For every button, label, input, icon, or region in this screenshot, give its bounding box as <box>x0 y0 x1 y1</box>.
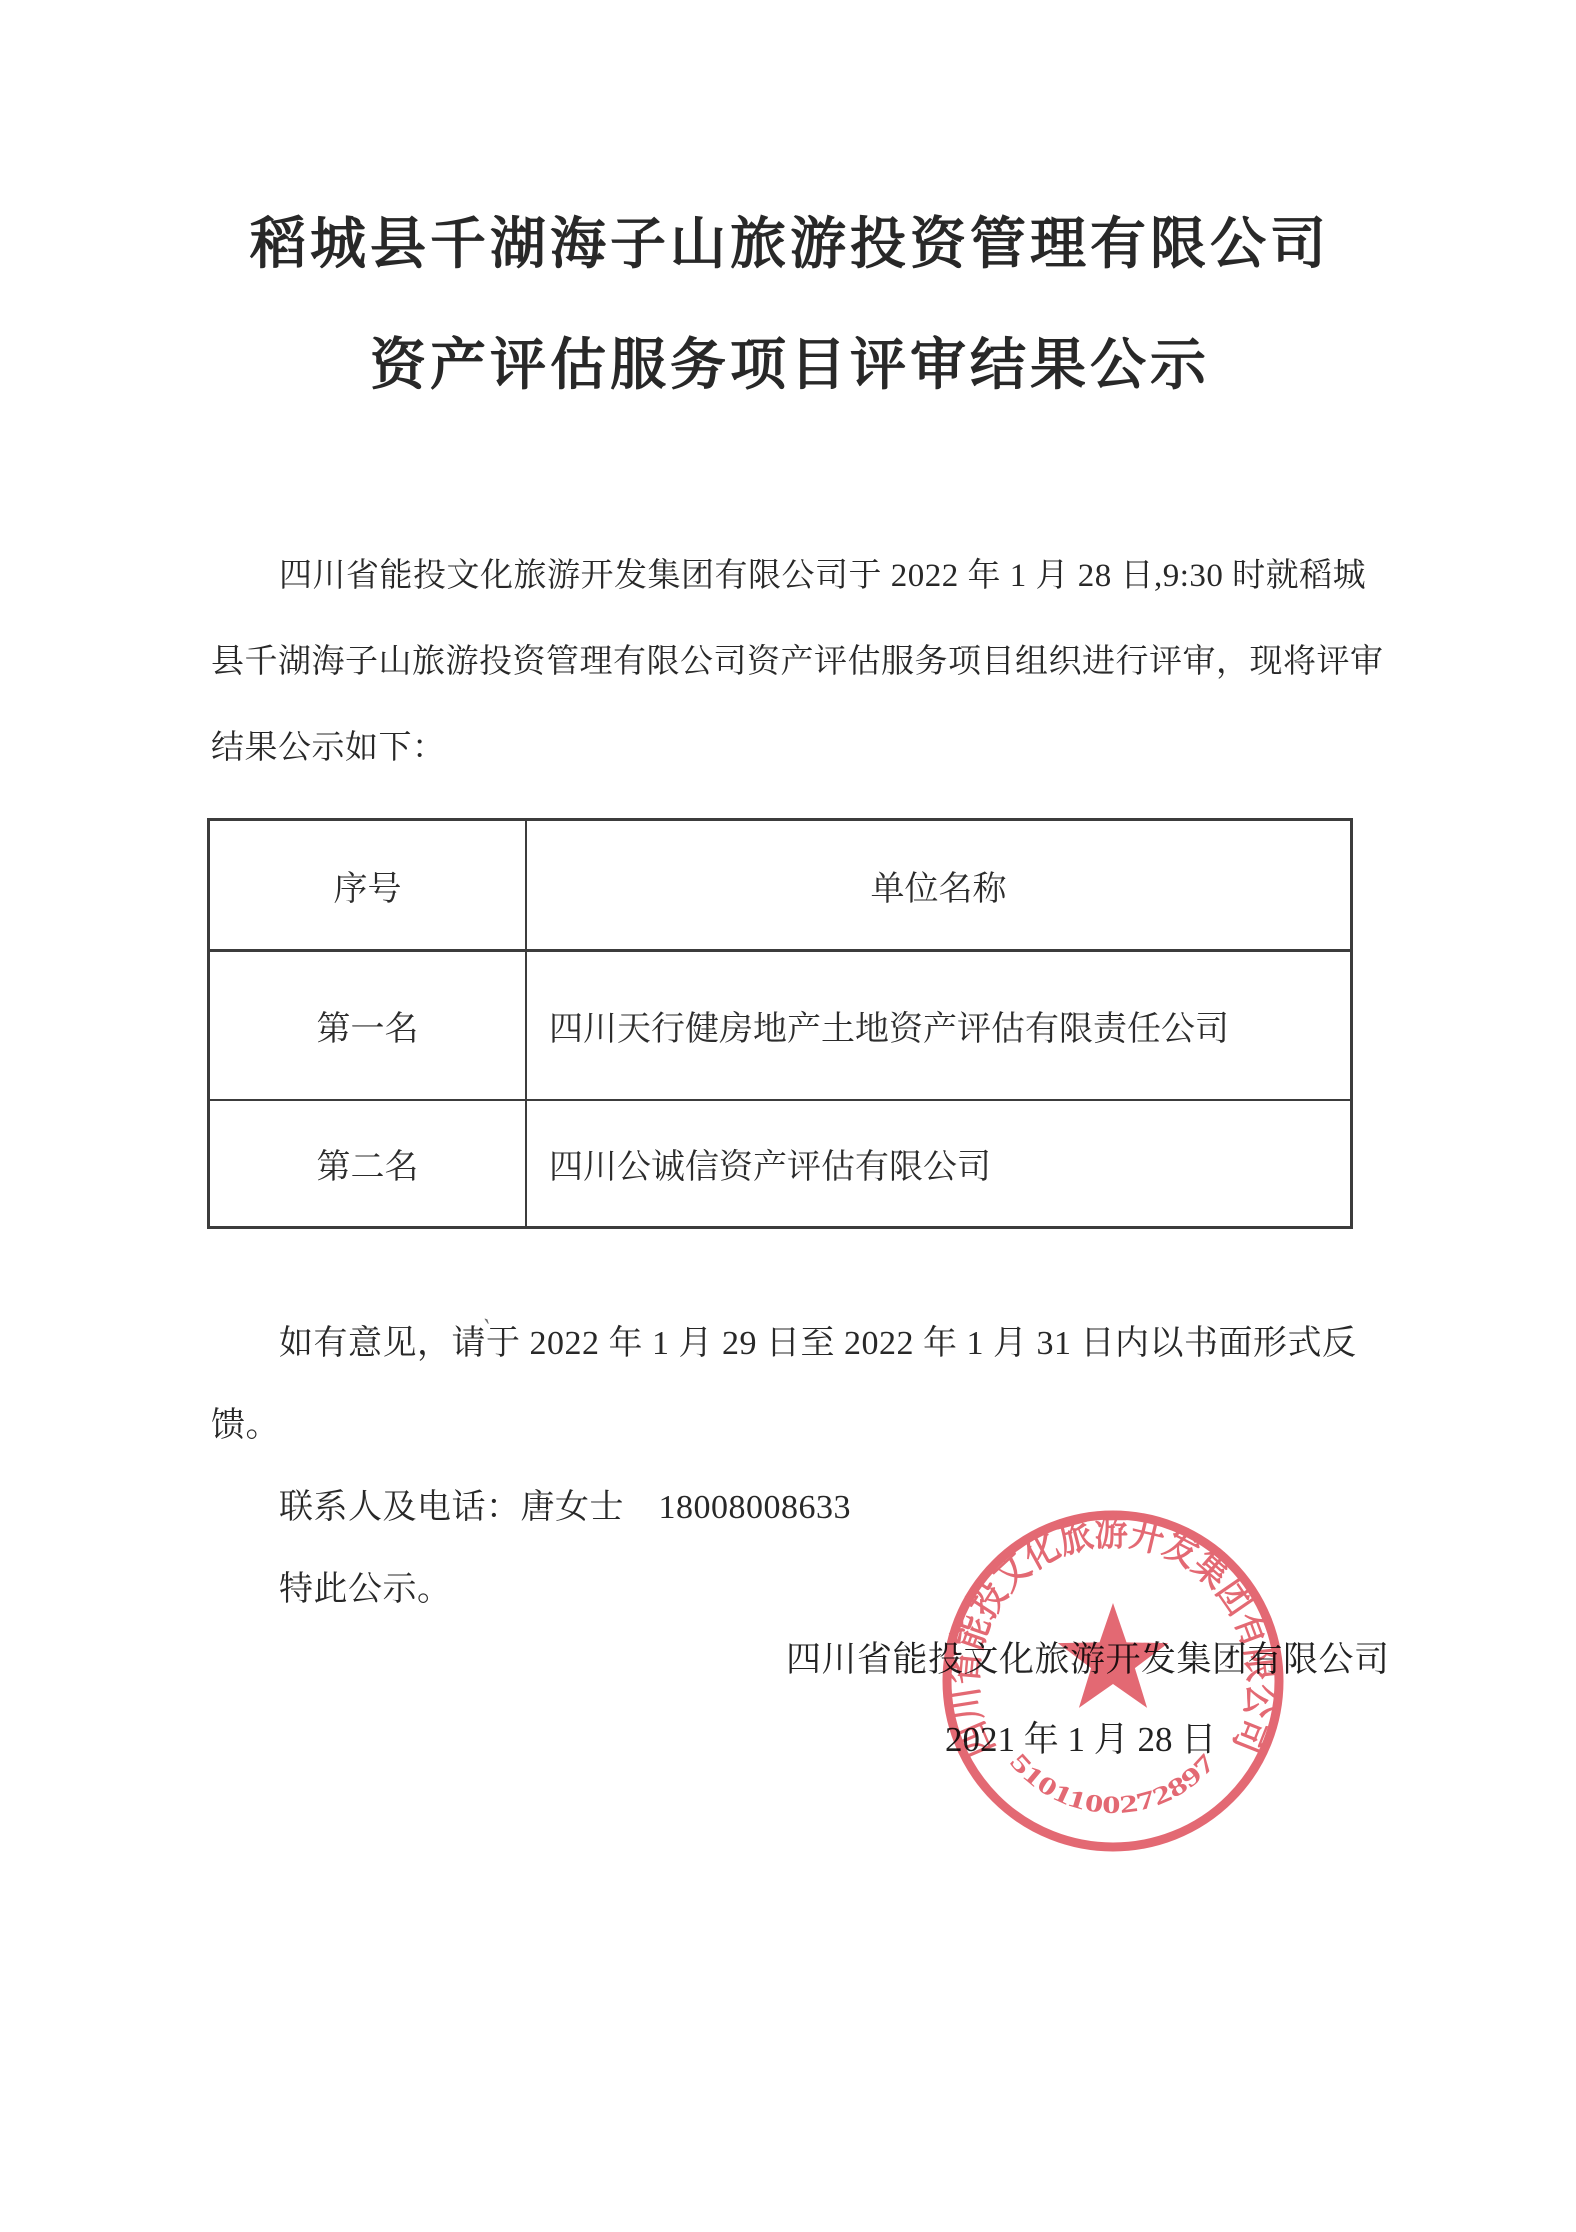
official-seal: 四川省能投文化旅游开发集团有限公司 5101100272897 <box>928 1496 1298 1872</box>
seal-serial-number: 5101100272897 <box>1004 1748 1221 1819</box>
intro-paragraph: 四川省能投文化旅游开发集团有限公司于 2022 年 1 月 28 日,9:30 … <box>211 533 1353 791</box>
title-line-1: 稻城县千湖海子山旅游投资管理有限公司 <box>190 216 1390 275</box>
feedback-line: 如有意见，请于 2022 年 1 月 29 日至 2022 年 1 月 31 日… <box>211 1303 1366 1467</box>
header-unit-name: 单位名称 <box>526 820 1352 951</box>
table-row: 第一名 四川天行健房地产土地资产评估有限责任公司 <box>209 951 1352 1101</box>
row-1-unit-name: 四川天行健房地产土地资产评估有限责任公司 <box>526 951 1352 1101</box>
row-2-unit-name: 四川公诚信资产评估有限公司 <box>526 1100 1352 1228</box>
document-page: 稻城县千湖海子山旅游投资管理有限公司 资产评估服务项目评审结果公示 四川省能投文… <box>0 0 1576 2232</box>
review-result-table: 序号 单位名称 第一名 四川天行健房地产土地资产评估有限责任公司 第二名 四川公… <box>207 818 1353 1229</box>
document-title: 稻城县千湖海子山旅游投资管理有限公司 资产评估服务项目评审结果公示 <box>190 216 1390 397</box>
row-1-rank: 第一名 <box>209 951 527 1101</box>
intro-line-1: 四川省能投文化旅游开发集团有限公司于 2022 年 1 月 28 日,9:30 … <box>211 533 1353 619</box>
table-header-row: 序号 单位名称 <box>209 820 1352 951</box>
intro-line-3: 结果公示如下： <box>211 705 1353 791</box>
star-icon <box>1058 1603 1168 1708</box>
row-2-rank: 第二名 <box>209 1100 527 1228</box>
intro-line-2: 县千湖海子山旅游投资管理有限公司资产评估服务项目组织进行评审，现将评审 <box>211 619 1353 705</box>
header-rank: 序号 <box>209 820 527 951</box>
title-line-2: 资产评估服务项目评审结果公示 <box>190 337 1390 396</box>
table-row: 第二名 四川公诚信资产评估有限公司 <box>209 1100 1352 1228</box>
